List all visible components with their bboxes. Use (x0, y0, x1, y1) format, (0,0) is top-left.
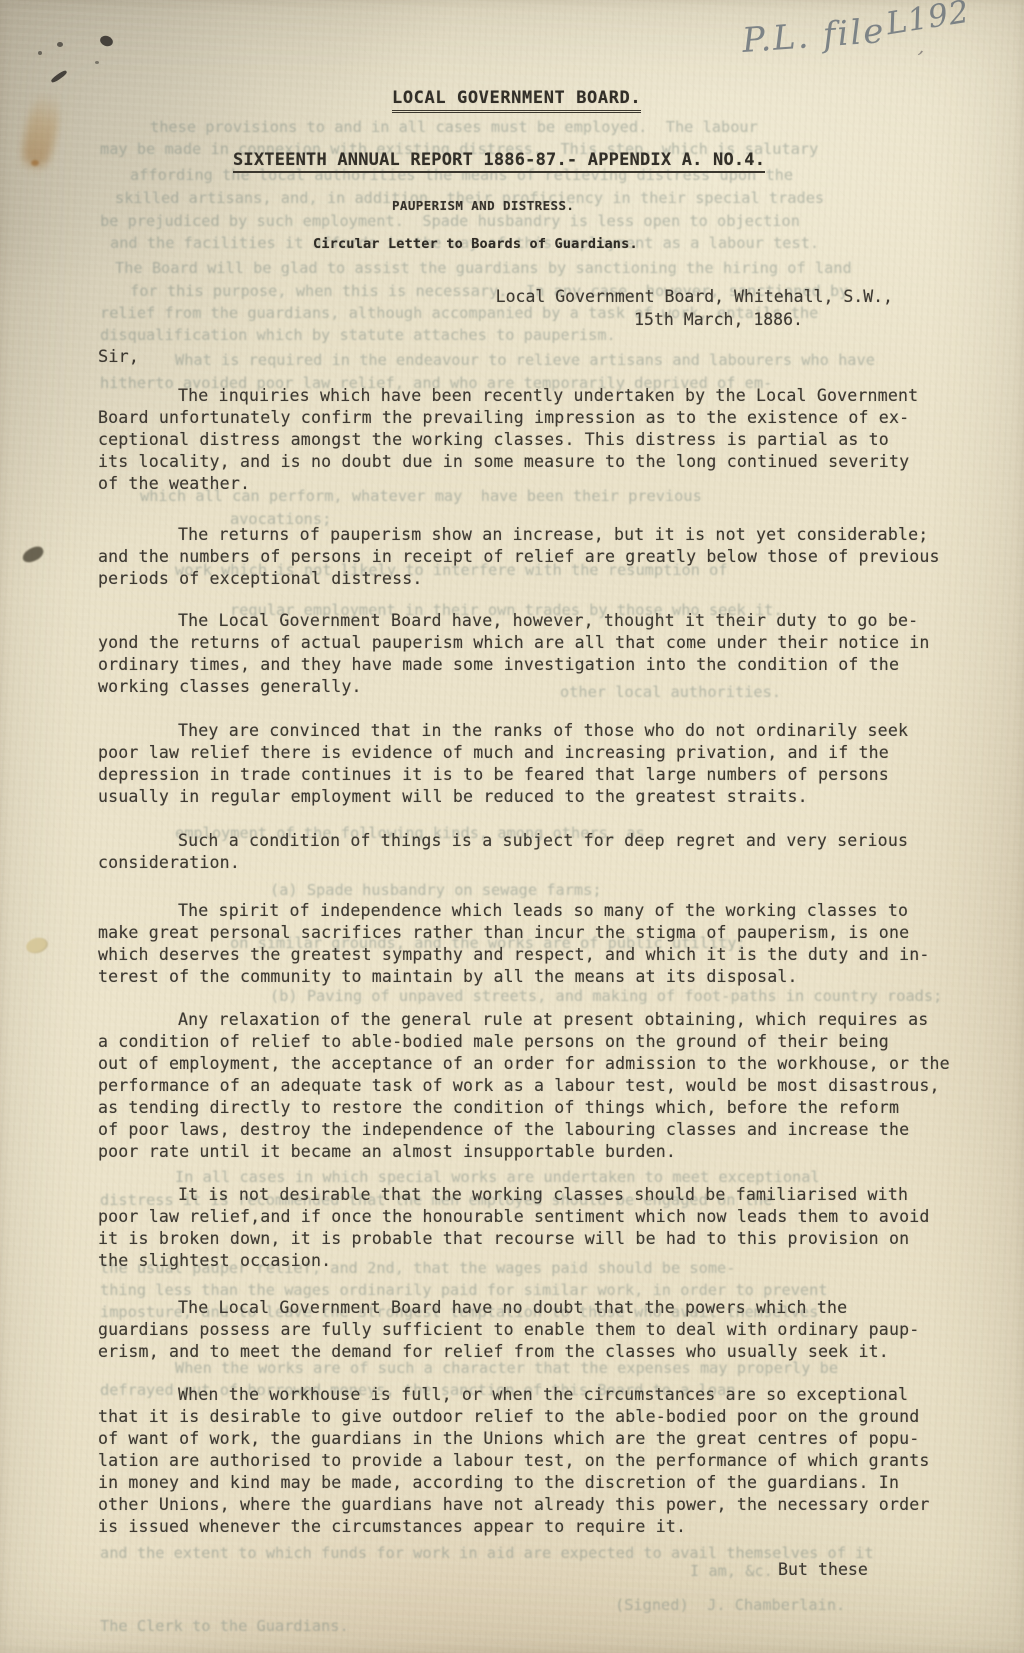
ghost-text-line: The Board will be glad to assist the gua… (115, 258, 852, 278)
catchword: But these (778, 1560, 868, 1579)
ghost-text-line: (Signed) J. Chamberlain. (615, 1595, 845, 1615)
ghost-text-line: and the extent to which funds for work i… (100, 1543, 874, 1563)
letter-paragraph: The returns of pauperism show an increas… (98, 524, 982, 590)
letter-paragraph: The Local Government Board have no doubt… (98, 1297, 982, 1363)
salutation: Sir, (98, 347, 139, 367)
document-title: LOCAL GOVERNMENT BOARD. (392, 88, 641, 113)
ghost-text-line: be prejudiced by such employment. Spade … (100, 211, 800, 231)
subtitle-heading: Circular Letter to Boards of Guardians. (313, 236, 638, 252)
ghost-text-line: (b) Paving of unpaved streets, and makin… (270, 986, 942, 1006)
document-page: P.L. file L192 ’ these provisions to and… (0, 0, 1024, 1653)
letter-paragraph: Such a condition of things is a subject … (98, 830, 982, 874)
report-heading: SIXTEENTH ANNUAL REPORT 1886-87.- APPEND… (233, 150, 765, 173)
letter-paragraph: It is not desirable that the working cla… (98, 1184, 982, 1272)
letter-date: 15th March, 1886. (496, 308, 893, 331)
letter-paragraph: When the workhouse is full, or when the … (98, 1384, 982, 1538)
address-block: Local Government Board, Whitehall, S.W.,… (496, 285, 893, 331)
subject-heading: PAUPERISM AND DISTRESS. (392, 198, 574, 213)
sender-address: Local Government Board, Whitehall, S.W., (496, 287, 893, 306)
letter-paragraph: The spirit of independence which leads s… (98, 900, 982, 988)
ghost-text-line: these provisions to and in all cases mus… (150, 117, 758, 137)
letter-paragraph: The inquiries which have been recently u… (98, 385, 982, 495)
ghost-text-line: What is required in the endeavour to rel… (175, 350, 875, 370)
letter-paragraph: They are convinced that in the ranks of … (98, 720, 982, 808)
ghost-text-line: The Clerk to the Guardians. (100, 1616, 349, 1636)
ghost-text-line: I am, &c. (690, 1561, 773, 1581)
letter-paragraph: The Local Government Board have, however… (98, 610, 982, 698)
letter-paragraph: Any relaxation of the general rule at pr… (98, 1009, 982, 1163)
ghost-text-line: (a) Spade husbandry on sewage farms; (270, 880, 602, 900)
